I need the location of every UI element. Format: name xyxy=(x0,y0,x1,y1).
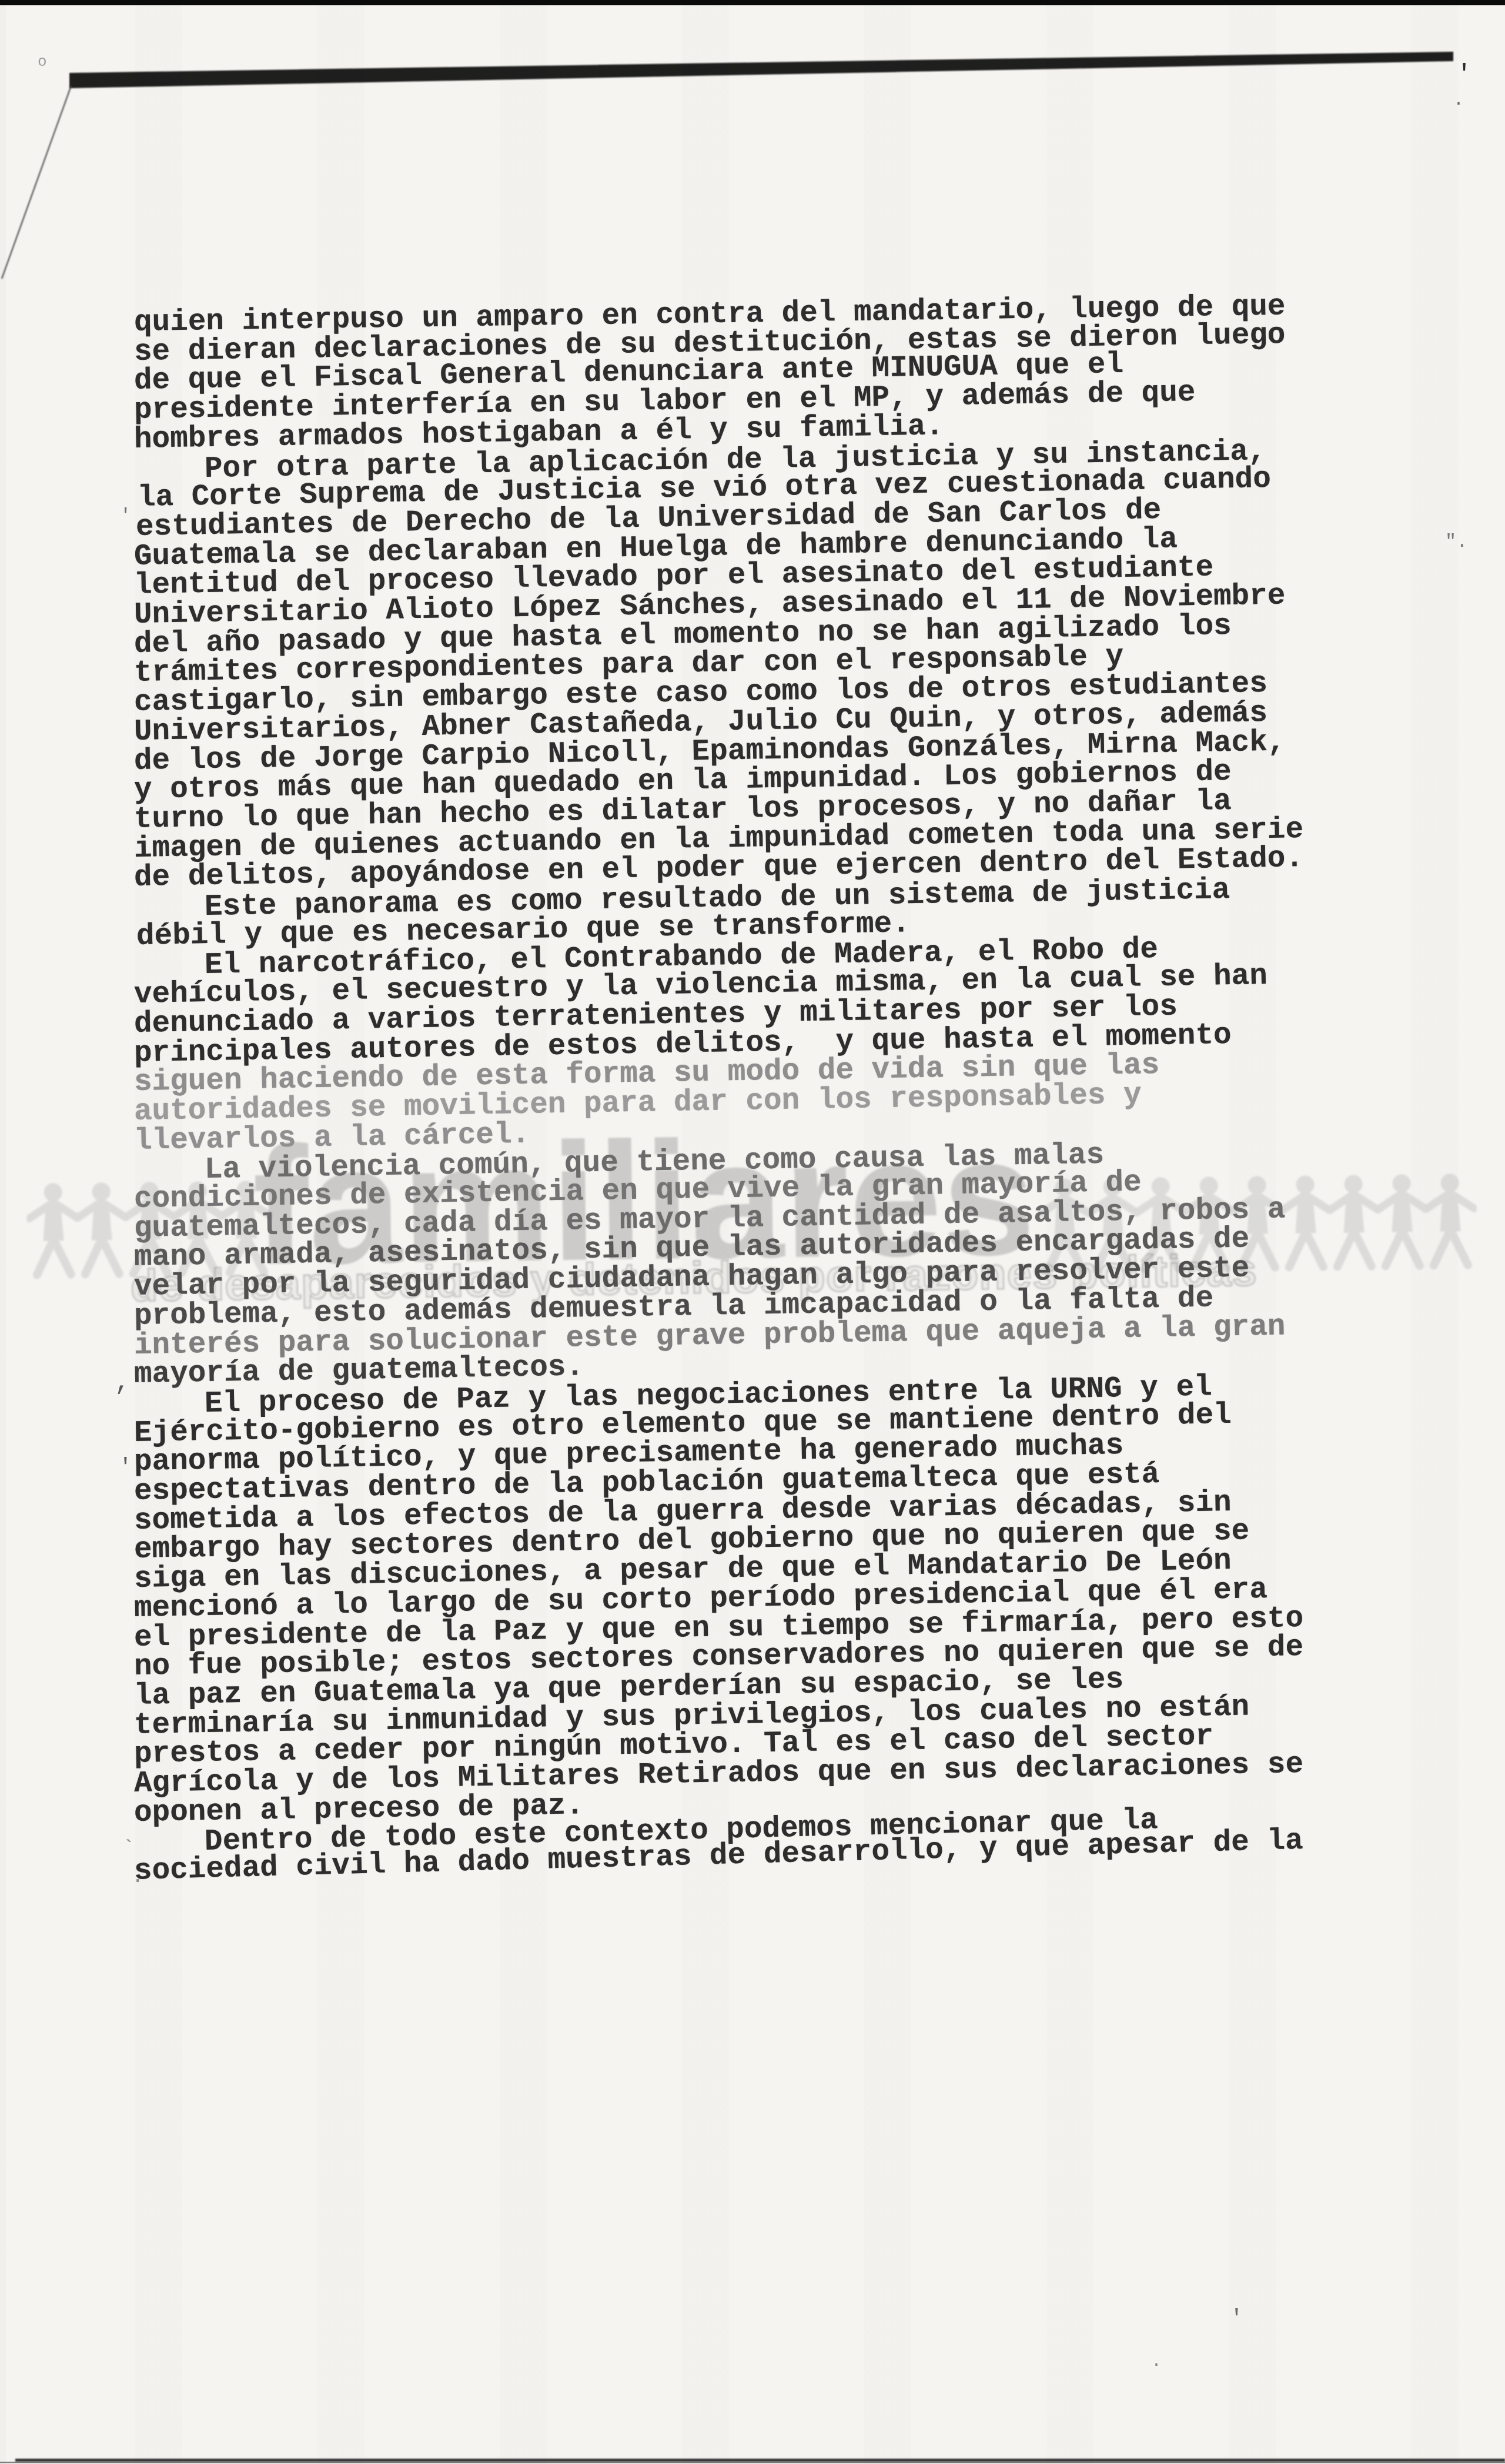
scan-speck: . xyxy=(1453,92,1464,109)
scan-speck: o xyxy=(38,54,47,69)
scan-speck: . xyxy=(132,1867,143,1887)
scan-speck: ". xyxy=(1445,533,1467,551)
scanned-document-page: familiares de desaparecidos y detenidos … xyxy=(0,0,1505,2464)
scan-speck: , xyxy=(115,1370,130,1396)
scan-speck: ' xyxy=(1230,2308,1243,2331)
scan-speck: ` xyxy=(122,1839,135,1860)
scan-speck-artifacts: o','`.'.".'. xyxy=(0,0,1505,2464)
scan-speck: ' xyxy=(1457,62,1471,87)
scan-speck: . xyxy=(1151,2353,1162,2371)
scan-speck: ' xyxy=(120,507,131,526)
scan-speck: ' xyxy=(119,1457,132,1479)
